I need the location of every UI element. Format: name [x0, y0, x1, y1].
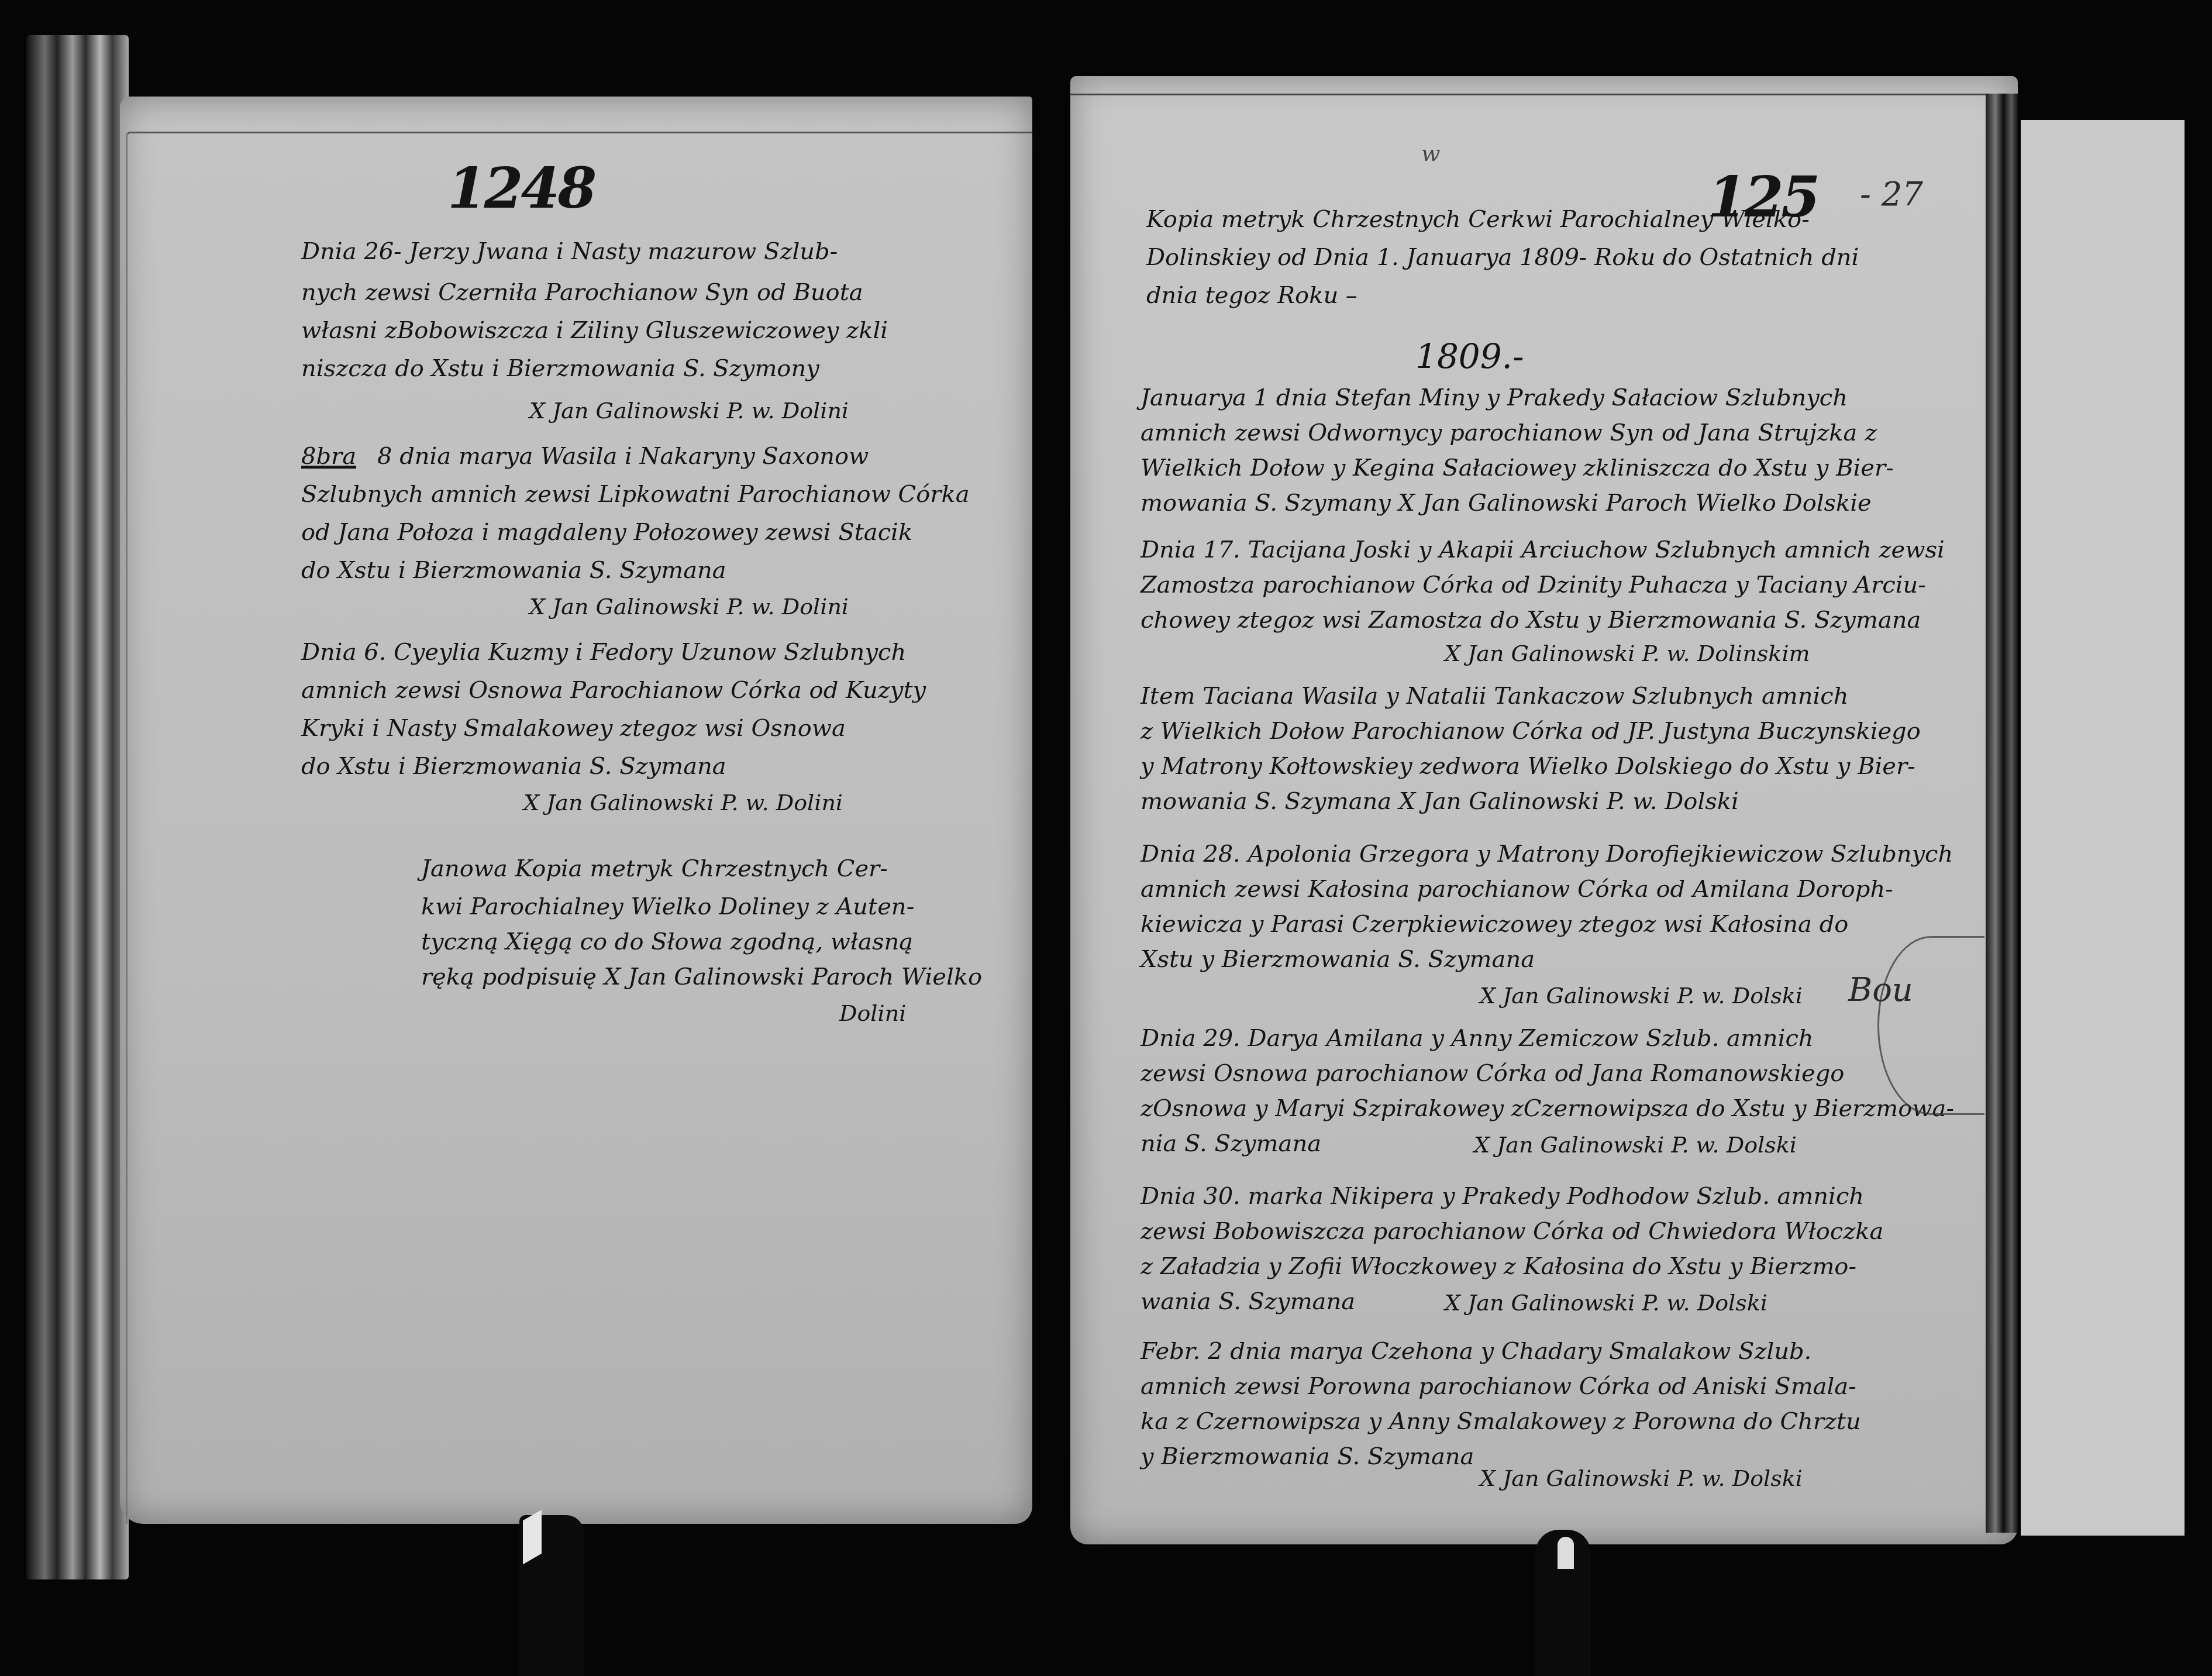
header-line: dnia tegoz Roku – — [1146, 284, 1357, 307]
entry-line: mowania S. Szymany X Jan Galinowski Paro… — [1141, 491, 1872, 515]
priest-signature: X Jan Galinowski P. w. Dolini — [529, 398, 849, 424]
entry-line: mowania S. Szymana X Jan Galinowski P. w… — [1141, 790, 1739, 813]
entry-line: chowey ztegoz wsi Zamostza do Xstu y Bie… — [1141, 608, 1921, 632]
entry-line: kiewicza y Parasi Czerpkiewiczowey ztego… — [1141, 913, 1848, 936]
priest-signature: X Jan Galinowski P. w. Dolinskim — [1445, 641, 1810, 666]
closing-line: ręką podpisuię X Jan Galinowski Paroch W… — [421, 965, 982, 989]
closing-line: kwi Parochialney Wielko Doliney z Auten- — [421, 895, 914, 918]
priest-signature: X Jan Galinowski P. w. Dolski — [1474, 1132, 1797, 1158]
entry-line: nych zewsi Czerniła Parochianow Syn od B… — [301, 281, 863, 304]
entry-line: Januarya 1 dnia Stefan Miny y Prakedy Sa… — [1141, 386, 1848, 409]
entry-line: 8 dnia marya Wasila i Nakaryny Saxonow — [377, 445, 869, 468]
book-gutter — [1034, 23, 1069, 1676]
margin-mark: - 27 — [1860, 175, 1923, 214]
entry-line: Dnia 29. Darya Amilana y Anny Zemiczow S… — [1141, 1027, 1814, 1050]
entry-line: amnich zewsi Odwornycy parochianow Syn o… — [1141, 421, 1877, 445]
entry-line: Dnia 6. Cyeylia Kuzmy i Fedory Uzunow Sz… — [301, 641, 906, 664]
entry-line: 8bra — [301, 445, 356, 468]
entry-line: z Wielkich Dołow Parochianow Córka od JP… — [1141, 720, 1921, 743]
page-weight-right — [1535, 1530, 1591, 1676]
entry-line: zewsi Bobowiszcza parochianow Córka od C… — [1141, 1220, 1883, 1243]
adjacent-page-edge — [2021, 120, 2185, 1536]
priest-signature: X Jan Galinowski P. w. Dolski — [1445, 1290, 1767, 1316]
closing-line: tyczną Xięgą co do Słowa zgodną, własną — [421, 930, 913, 954]
book-edge-left — [26, 35, 129, 1579]
entry-line: Wielkich Dołow y Kegina Sałaciowey zklin… — [1141, 456, 1894, 480]
entry-line: niszcza do Xstu i Bierzmowania S. Szymon… — [301, 357, 819, 380]
entry-line: do Xstu i Bierzmowania S. Szymana — [301, 755, 726, 778]
closing-line: Janowa Kopia metryk Chrzestnych Cer- — [421, 857, 888, 880]
year-heading: 1809.- — [1415, 336, 1524, 376]
right-page-frame — [1070, 94, 2000, 1544]
header-line: Kopia metryk Chrzestnych Cerkwi Parochia… — [1146, 208, 1810, 231]
entry-line: z Załadzia y Zofii Włoczkowey z Kałosina… — [1141, 1255, 1856, 1278]
entry-line: Dnia 26- Jerzy Jwana i Nasty mazurow Szl… — [301, 240, 838, 263]
entry-line: własni zBobowiszcza i Ziliny Gluszewiczo… — [301, 319, 888, 342]
entry-line: y Matrony Kołtowskiey zedwora Wielko Dol… — [1141, 755, 1915, 778]
left-page-number: 1248 — [447, 155, 594, 221]
entry-line: od Jana Połoza i magdaleny Połozowey zew… — [301, 521, 912, 544]
month-label: 8bra — [301, 443, 356, 470]
entry-line: y Bierzmowania S. Szymana — [1141, 1445, 1474, 1468]
entry-line: amnich zewsi Osnowa Parochianow Córka od… — [301, 679, 926, 702]
page-weight-left — [519, 1515, 584, 1676]
margin-bracket-mark — [1877, 936, 1984, 1115]
entry-line: Dnia 30. marka Nikipera y Prakedy Podhod… — [1141, 1185, 1864, 1208]
entry-line: Kryki i Nasty Smalakowey ztegoz wsi Osno… — [301, 717, 846, 740]
entry-line: zOsnowa y Maryi Szpirakowey zCzernowipsz… — [1141, 1097, 1954, 1120]
entry-line: do Xstu i Bierzmowania S. Szymana — [301, 559, 726, 582]
binding-spine-strip — [1986, 94, 2018, 1533]
left-page: 1248 Dnia 26- Jerzy Jwana i Nasty mazuro… — [120, 97, 1032, 1524]
entry-line: Item Taciana Wasila y Natalii Tankaczow … — [1141, 684, 1848, 708]
entry-line: wania S. Szymana — [1141, 1290, 1355, 1313]
entry-line: Xstu y Bierzmowania S. Szymana — [1141, 948, 1535, 971]
entry-line: amnich zewsi Porowna parochianow Córka o… — [1141, 1375, 1856, 1398]
entry-line: Dnia 17. Tacijana Joski y Akapii Arciuch… — [1141, 538, 1945, 562]
entry-line: amnich zewsi Kałosina parochianow Córka … — [1141, 877, 1893, 901]
entry-line: ka z Czernowipsza y Anny Smalakowey z Po… — [1141, 1410, 1861, 1433]
priest-signature: X Jan Galinowski P. w. Dolini — [529, 594, 849, 620]
header-line: Dolinskiey od Dnia 1. Januarya 1809- Rok… — [1146, 246, 1859, 269]
top-mark: w — [1421, 140, 1441, 166]
entry-line: Zamostza parochianow Córka od Dzinity Pu… — [1141, 573, 1926, 597]
entry-line: Dnia 28. Apolonia Grzegora y Matrony Dor… — [1141, 842, 1953, 866]
entry-line: nia S. Szymana — [1141, 1132, 1321, 1155]
closing-trailer: Dolini — [839, 1000, 906, 1026]
entry-line: Szlubnych amnich zewsi Lipkowatni Paroch… — [301, 483, 969, 506]
priest-signature: X Jan Galinowski P. w. Dolini — [523, 790, 843, 815]
entry-line: zewsi Osnowa parochianow Córka od Jana R… — [1141, 1062, 1844, 1085]
priest-signature: X Jan Galinowski P. w. Dolski — [1480, 1465, 1803, 1491]
right-page: w 125 - 27 Kopia metryk Chrzestnych Cerk… — [1070, 76, 2018, 1544]
priest-signature: X Jan Galinowski P. w. Dolski — [1480, 983, 1803, 1009]
entry-line: Febr. 2 dnia marya Czehona y Chadary Sma… — [1141, 1340, 1811, 1363]
